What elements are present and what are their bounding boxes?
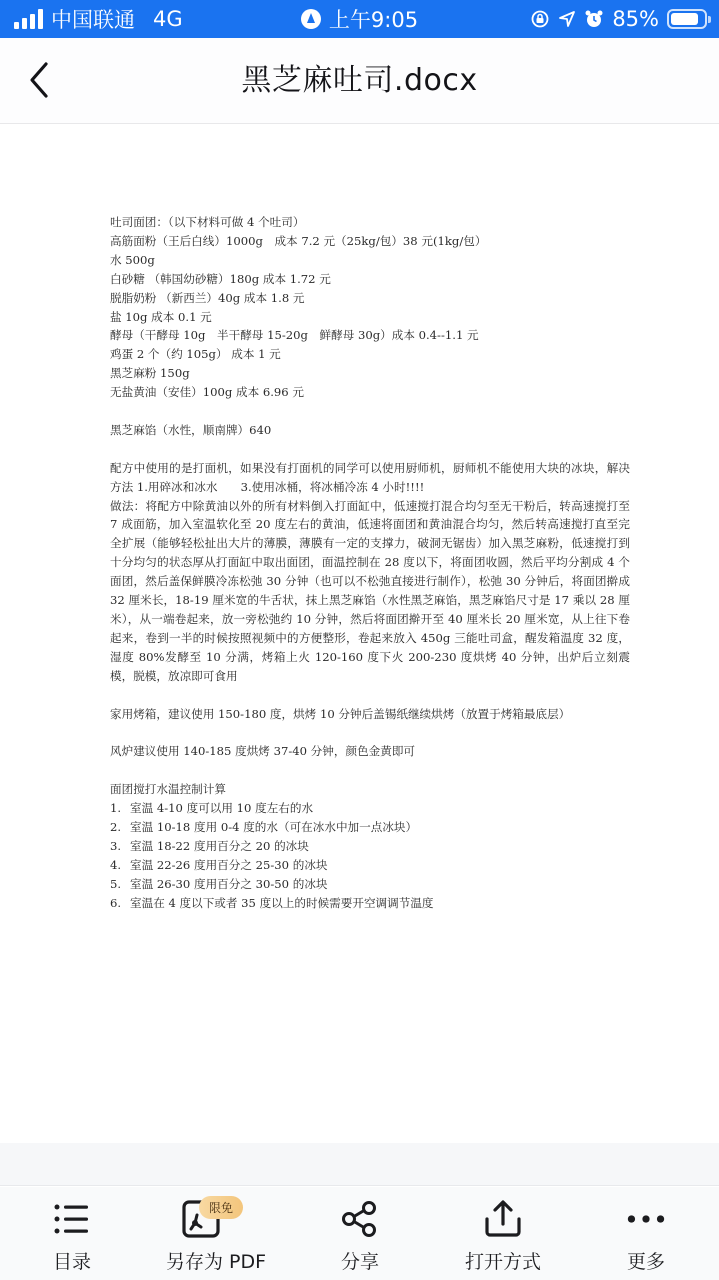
toc-button[interactable]: 目录 bbox=[42, 1187, 102, 1280]
ingredient-line: 鸡蛋 2 个（约 105g） 成本 1 元 bbox=[110, 345, 630, 364]
bottom-toolbar: 目录 限免 另存为 PDF 分享 bbox=[0, 1187, 719, 1280]
share-label: 分享 bbox=[341, 1247, 379, 1274]
home-oven-note: 家用烤箱，建议使用 150-180 度，烘烤 10 分钟后盖锡纸继续烘烤（放置于… bbox=[110, 705, 630, 724]
save-as-pdf-button[interactable]: 限免 另存为 PDF bbox=[160, 1187, 272, 1280]
document-content: 吐司面团：（以下材料可做 4 个吐司） 高筋面粉（王后白线）1000g 成本 7… bbox=[110, 213, 630, 912]
list-item: 6.室温在 4 度以下或者 35 度以上的时候需要开空调调节温度 bbox=[110, 894, 630, 913]
ingredient-line: 无盐黄油（安佳）100g 成本 6.96 元 bbox=[110, 383, 630, 402]
battery-icon bbox=[667, 9, 707, 29]
save-as-pdf-label: 另存为 PDF bbox=[166, 1247, 266, 1274]
list-item: 1.室温 4-10 度可以用 10 度左右的水 bbox=[110, 799, 630, 818]
toc-label: 目录 bbox=[53, 1247, 91, 1274]
more-icon bbox=[626, 1199, 666, 1239]
navigation-icon bbox=[301, 9, 321, 29]
convection-oven-note: 风炉建议使用 140-185 度烘烤 37-40 分钟，颜色金黄即可 bbox=[110, 742, 630, 761]
pdf-icon: 限免 bbox=[181, 1199, 221, 1239]
share-icon bbox=[340, 1199, 380, 1239]
status-right: 85% bbox=[530, 0, 707, 38]
list-item: 5.室温 26-30 度用百分之 30-50 的冰块 bbox=[110, 875, 630, 894]
ingredient-line: 酵母（干酵母 10g 半干酵母 15-20g 鲜酵母 30g）成本 0.4--1… bbox=[110, 326, 630, 345]
list-item: 2.室温 10-18 度用 0-4 度的水（可在冰水中加一点冰块） bbox=[110, 818, 630, 837]
share-button[interactable]: 分享 bbox=[330, 1187, 390, 1280]
open-with-label: 打开方式 bbox=[465, 1247, 541, 1274]
free-badge: 限免 bbox=[199, 1196, 243, 1219]
filling-line: 黑芝麻馅（水性，顺南牌）640 bbox=[110, 421, 630, 440]
document-viewer[interactable]: 吐司面团：（以下材料可做 4 个吐司） 高筋面粉（王后白线）1000g 成本 7… bbox=[0, 125, 719, 1143]
method-paragraph: 做法：将配方中除黄油以外的所有材料倒入打面缸中，低速搅打混合均匀至无干粉后，转高… bbox=[110, 497, 630, 686]
alarm-icon bbox=[584, 9, 604, 29]
list-icon bbox=[52, 1199, 92, 1239]
location-icon bbox=[558, 10, 576, 28]
ingredient-line: 高筋面粉（王后白线）1000g 成本 7.2 元（25kg/包）38 元(1kg… bbox=[110, 232, 630, 251]
status-time: 上午9:05 bbox=[329, 4, 418, 34]
rotation-lock-icon bbox=[530, 9, 550, 29]
ingredient-line: 盐 10g 成本 0.1 元 bbox=[110, 308, 630, 327]
document-title: 黑芝麻吐司.docx bbox=[0, 38, 719, 124]
ingredient-line: 白砂糖 （韩国幼砂糖）180g 成本 1.72 元 bbox=[110, 270, 630, 289]
battery-percent: 85% bbox=[612, 7, 659, 31]
app-header: 黑芝麻吐司.docx bbox=[0, 38, 719, 124]
more-label: 更多 bbox=[627, 1247, 665, 1274]
open-with-button[interactable]: 打开方式 bbox=[458, 1187, 548, 1280]
note-paragraph: 配方中使用的是打面机，如果没有打面机的同学可以使用厨师机，厨师机不能使用大块的冰… bbox=[110, 459, 630, 497]
ingredients-title: 吐司面团：（以下材料可做 4 个吐司） bbox=[110, 213, 630, 232]
more-button[interactable]: 更多 bbox=[616, 1187, 676, 1280]
status-bar: 中国联通 4G 上午9:05 85% bbox=[0, 0, 719, 38]
ingredient-line: 水 500g bbox=[110, 251, 630, 270]
water-temp-title: 面团搅打水温控制计算 bbox=[110, 780, 630, 799]
list-item: 4.室温 22-26 度用百分之 25-30 的冰块 bbox=[110, 856, 630, 875]
page-separator bbox=[0, 1143, 719, 1186]
list-item: 3.室温 18-22 度用百分之 20 的冰块 bbox=[110, 837, 630, 856]
ingredient-line: 脱脂奶粉 （新西兰）40g 成本 1.8 元 bbox=[110, 289, 630, 308]
upload-icon bbox=[483, 1199, 523, 1239]
ingredient-line: 黑芝麻粉 150g bbox=[110, 364, 630, 383]
